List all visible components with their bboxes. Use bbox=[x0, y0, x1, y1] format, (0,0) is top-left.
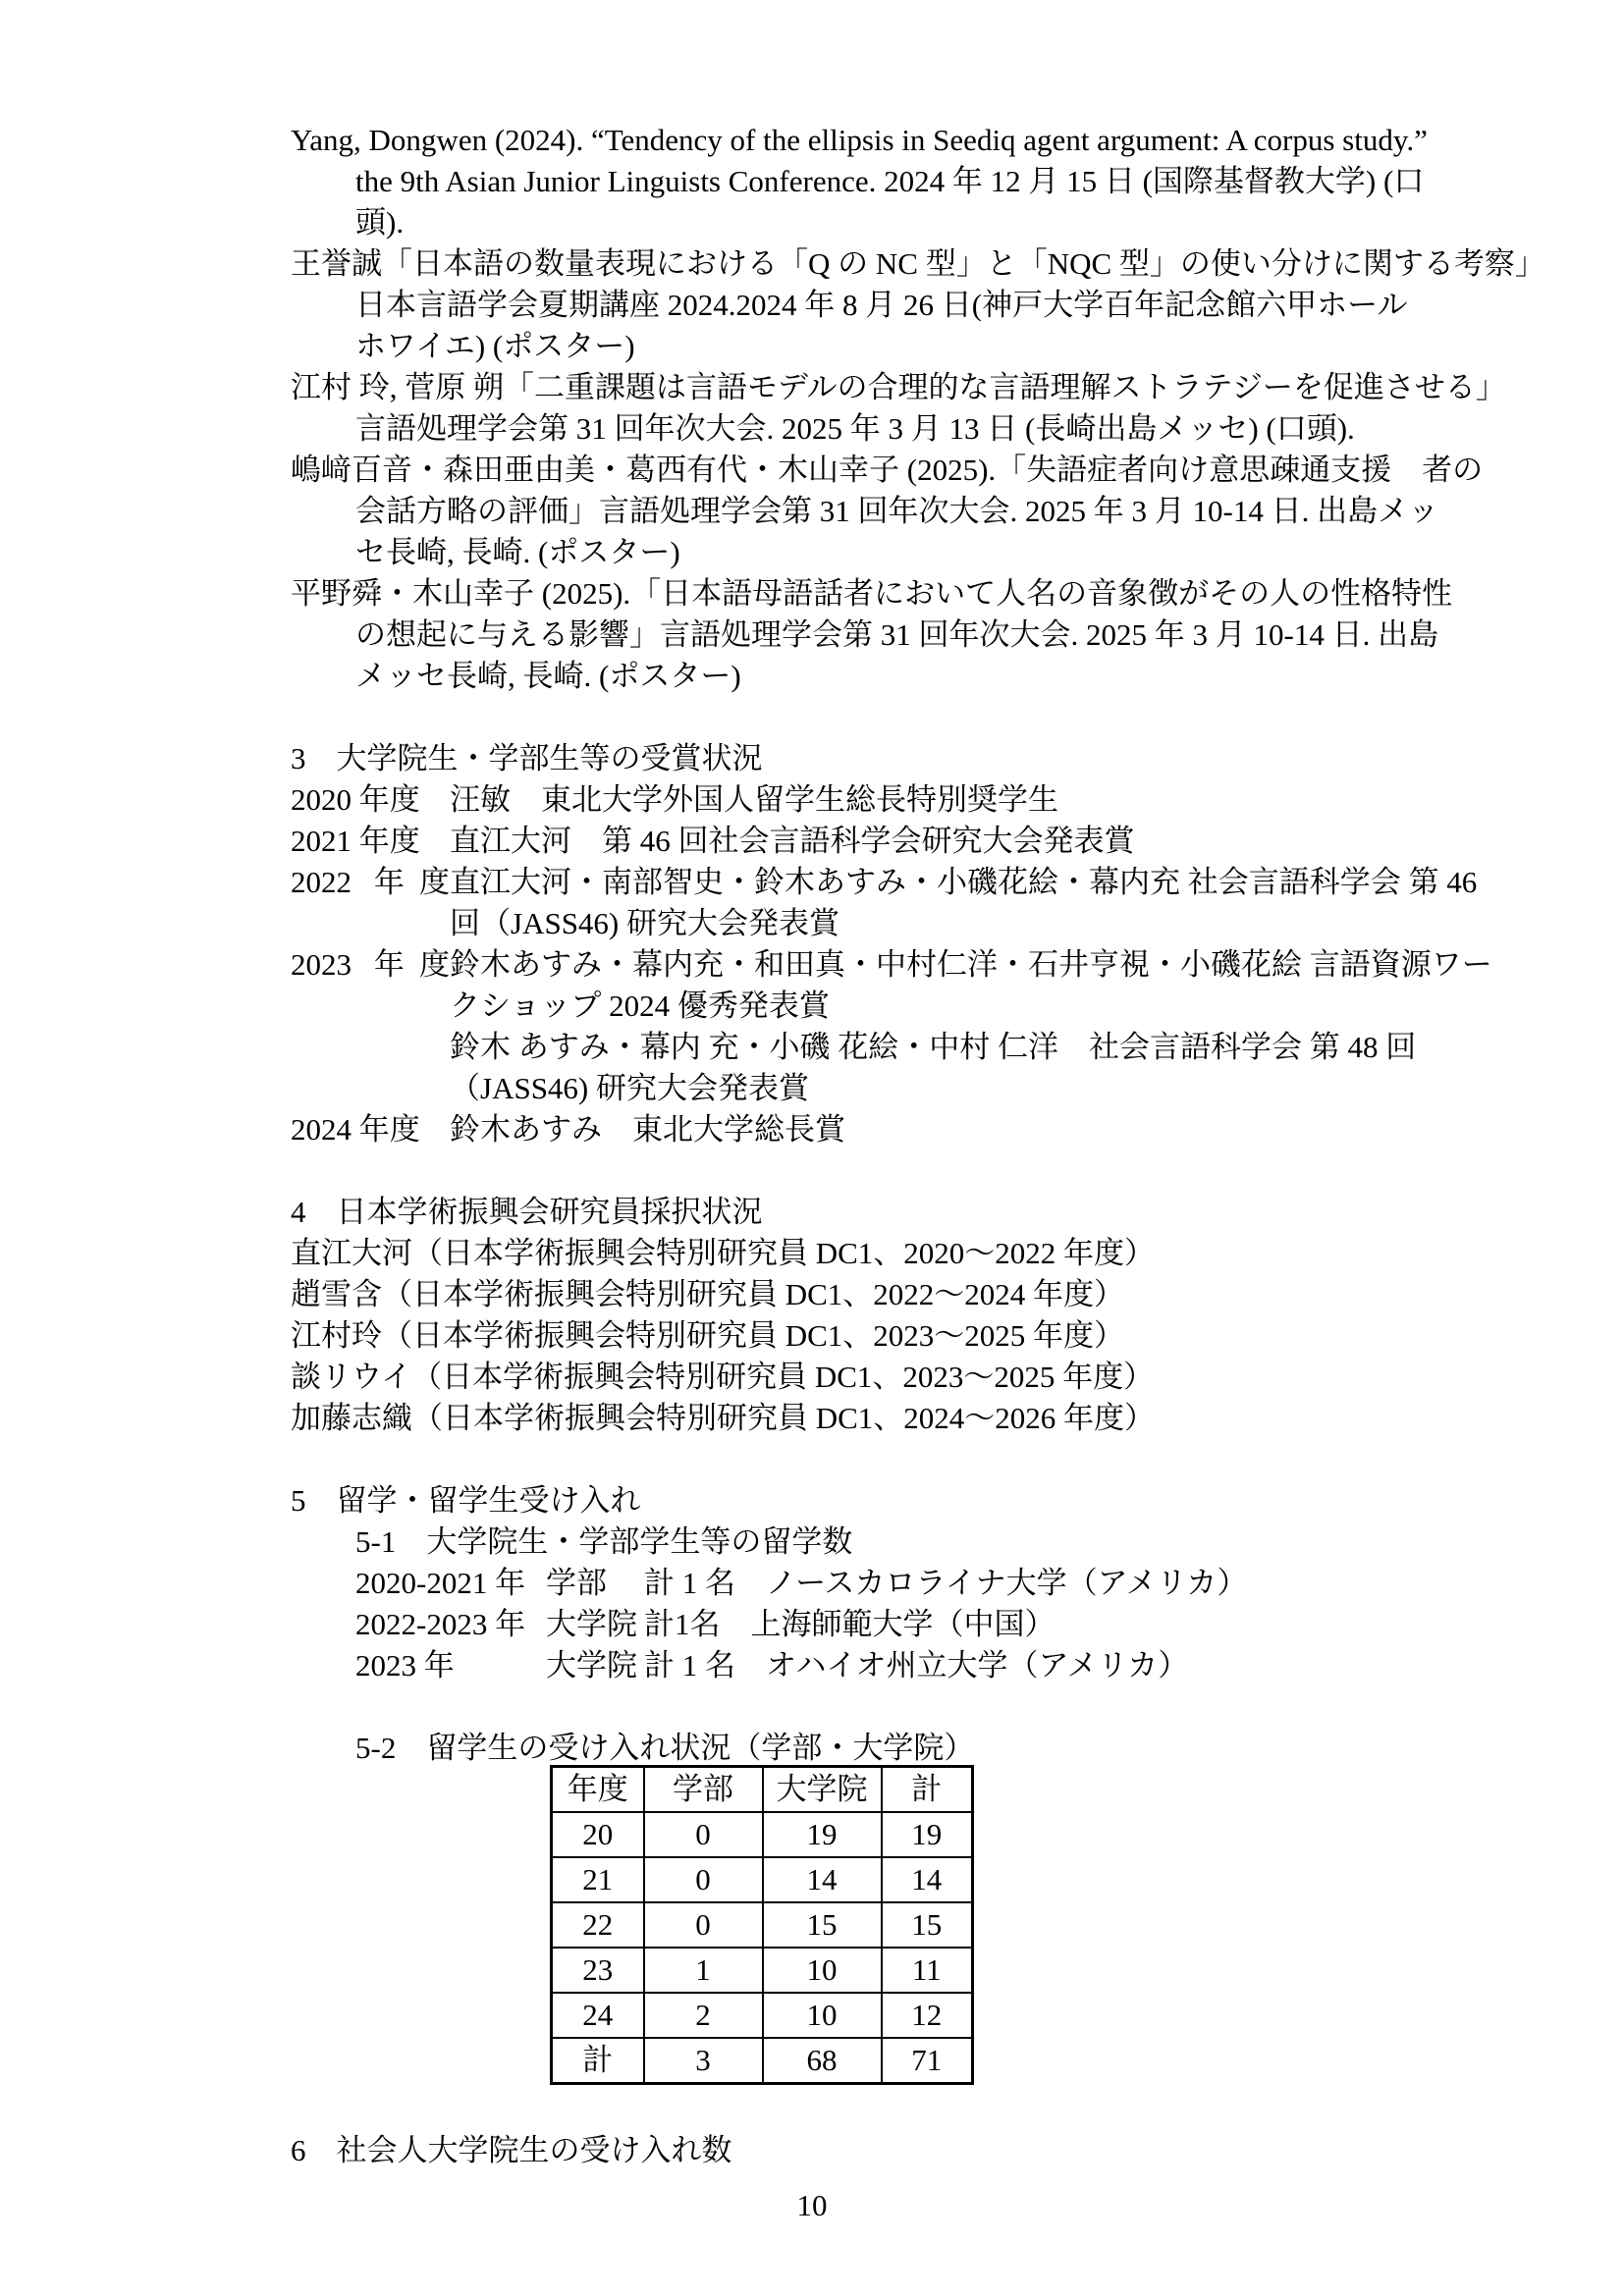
study-abroad-section-heading: 5 留学・留学生受け入れ bbox=[291, 1480, 1404, 1522]
award-year-label: 2024 年度 bbox=[291, 1109, 450, 1150]
award-text: クショップ 2024 優秀発表賞 bbox=[450, 988, 830, 1023]
table-cell: 22 bbox=[552, 1902, 644, 1948]
publications-list: Yang, Dongwen (2024). “Tendency of the e… bbox=[291, 120, 1404, 697]
jsps-section-heading: 4 日本学術振興会研究員採択状況 bbox=[291, 1192, 1404, 1233]
award-year-label: 2023 年度 bbox=[291, 944, 450, 986]
table-cell: 21 bbox=[552, 1857, 644, 1902]
table-cell: 14 bbox=[882, 1857, 973, 1902]
table-cell: 24 bbox=[552, 1993, 644, 2038]
spacer bbox=[291, 1439, 1404, 1480]
jsps-line: 談リウイ（日本学術振興会特別研究員 DC1、2023～2025 年度） bbox=[291, 1357, 1404, 1398]
awards-list: 2020 年度汪敏 東北大学外国人留学生総長特別奨学生2021 年度直江大河 第… bbox=[291, 779, 1404, 1150]
table-cell: 0 bbox=[644, 1857, 763, 1902]
text-line: の想起に与える影響」言語処理学会第 31 回年次大会. 2025 年 3 月 1… bbox=[291, 614, 1404, 656]
award-line: 2024 年度鈴木あすみ 東北大学総長賞 bbox=[291, 1109, 1404, 1150]
text-line: 王誉誠「日本語の数量表現における「Q の NC 型」と「NQC 型」の使い分けに… bbox=[291, 243, 1404, 285]
table-cell: 0 bbox=[644, 1812, 763, 1857]
table-cell: 19 bbox=[763, 1812, 882, 1857]
table-cell: 11 bbox=[882, 1948, 973, 1993]
text-line: 頭). bbox=[291, 202, 1404, 243]
table-cell: 15 bbox=[763, 1902, 882, 1948]
study-abroad-list: 2020-2021 年学部計 1 名 ノースカロライナ大学（アメリカ）2022-… bbox=[291, 1563, 1404, 1686]
study-detail: 計 1 名 ノースカロライナ大学（アメリカ） bbox=[644, 1566, 1247, 1600]
table-cell: 3 bbox=[644, 2038, 763, 2084]
table-header-cell: 大学院 bbox=[763, 1767, 882, 1813]
award-text: 汪敏 東北大学外国人留学生総長特別奨学生 bbox=[450, 782, 1058, 817]
text-line: メッセ長崎, 長崎. (ポスター) bbox=[291, 656, 1404, 697]
table-header-cell: 学部 bbox=[644, 1767, 763, 1813]
award-text: 鈴木 あすみ・幕内 充・小磯 花絵・中村 仁洋 社会言語科学会 第 48 回 bbox=[450, 1030, 1416, 1064]
award-year-label: 2022 年度 bbox=[291, 862, 450, 903]
jsps-line: 直江大河（日本学術振興会特別研究員 DC1、2020～2022 年度） bbox=[291, 1233, 1404, 1274]
table-row: 2421012 bbox=[552, 1993, 973, 2038]
table-row: 2101414 bbox=[552, 1857, 973, 1902]
table-header-cell: 計 bbox=[882, 1767, 973, 1813]
table-cell: 2 bbox=[644, 1993, 763, 2038]
table-cell: 1 bbox=[644, 1948, 763, 1993]
acceptance-table: 年度学部大学院計20019192101414220151523110112421… bbox=[550, 1765, 974, 2085]
table-cell: 14 bbox=[763, 1857, 882, 1902]
award-line: 2023 年度鈴木あすみ・幕内充・和田真・中村仁洋・石井亨視・小磯花絵 言語資源… bbox=[291, 944, 1404, 986]
jsps-line: 加藤志織（日本学術振興会特別研究員 DC1、2024～2026 年度） bbox=[291, 1398, 1404, 1439]
jsps-list: 直江大河（日本学術振興会特別研究員 DC1、2020～2022 年度）趙雪含（日… bbox=[291, 1233, 1404, 1439]
table-header-cell: 年度 bbox=[552, 1767, 644, 1813]
award-line: 2020 年度汪敏 東北大学外国人留学生総長特別奨学生 bbox=[291, 779, 1404, 821]
award-line: （JASS46) 研究大会発表賞 bbox=[291, 1068, 1404, 1109]
text-line: 会話方略の評価」言語処理学会第 31 回年次大会. 2025 年 3 月 10-… bbox=[291, 491, 1404, 532]
table-row: 2201515 bbox=[552, 1902, 973, 1948]
text-line: 日本言語学会夏期講座 2024.2024 年 8 月 26 日(神戸大学百年記念… bbox=[291, 285, 1404, 326]
text-line: the 9th Asian Junior Linguists Conferenc… bbox=[291, 161, 1404, 202]
award-line: クショップ 2024 優秀発表賞 bbox=[291, 986, 1404, 1027]
text-line: 嶋﨑百音・森田亜由美・葛西有代・木山幸子 (2025).「失語症者向け意思疎通支… bbox=[291, 450, 1404, 491]
table-cell: 19 bbox=[882, 1812, 973, 1857]
table-cell: 20 bbox=[552, 1812, 644, 1857]
award-line: 回（JASS46) 研究大会発表賞 bbox=[291, 903, 1404, 944]
text-line: セ長崎, 長崎. (ポスター) bbox=[291, 532, 1404, 573]
text-line: ホワイエ) (ポスター) bbox=[291, 326, 1404, 367]
table-row: 2311011 bbox=[552, 1948, 973, 1993]
table-cell: 68 bbox=[763, 2038, 882, 2084]
study-period: 2022-2023 年 bbox=[355, 1604, 546, 1645]
text-line: 平野舜・木山幸子 (2025).「日本語母語話者において人名の音象徴がその人の性… bbox=[291, 573, 1404, 614]
study-division: 学部 bbox=[546, 1563, 644, 1604]
study-period: 2023 年 bbox=[355, 1645, 546, 1686]
table-cell: 71 bbox=[882, 2038, 973, 2084]
award-year-label: 2021 年度 bbox=[291, 821, 450, 862]
study-row: 2022-2023 年大学院計1名 上海師範大学（中国） bbox=[291, 1604, 1404, 1645]
page-number: 10 bbox=[0, 2185, 1624, 2226]
page-content: Yang, Dongwen (2024). “Tendency of the e… bbox=[291, 120, 1404, 2171]
table-cell: 10 bbox=[763, 1948, 882, 1993]
award-text: 回（JASS46) 研究大会発表賞 bbox=[450, 906, 839, 940]
text-line: 江村 玲, 菅原 朔「二重課題は言語モデルの合理的な言語理解ストラテジーを促進さ… bbox=[291, 367, 1404, 408]
study-detail: 計 1 名 オハイオ州立大学（アメリカ） bbox=[644, 1648, 1188, 1682]
section6-heading: 6 社会人大学院生の受け入れ数 bbox=[291, 2130, 1404, 2171]
study-row: 2023 年大学院計 1 名 オハイオ州立大学（アメリカ） bbox=[291, 1645, 1404, 1686]
table-cell: 計 bbox=[552, 2038, 644, 2084]
awards-section-heading: 3 大学院生・学部生等の受賞状況 bbox=[291, 738, 1404, 779]
award-text: （JASS46) 研究大会発表賞 bbox=[450, 1071, 809, 1105]
study-row: 2020-2021 年学部計 1 名 ノースカロライナ大学（アメリカ） bbox=[291, 1563, 1404, 1604]
table-cell: 0 bbox=[644, 1902, 763, 1948]
table-header-row: 年度学部大学院計 bbox=[552, 1767, 973, 1813]
study-period: 2020-2021 年 bbox=[355, 1563, 546, 1604]
jsps-line: 江村玲（日本学術振興会特別研究員 DC1、2023～2025 年度） bbox=[291, 1315, 1404, 1357]
study-abroad-sub1-heading: 5-1 大学院生・学部学生等の留学数 bbox=[291, 1522, 1404, 1563]
spacer bbox=[291, 697, 1404, 738]
table-cell: 15 bbox=[882, 1902, 973, 1948]
study-detail: 計1名 上海師範大学（中国） bbox=[644, 1607, 1056, 1641]
study-division: 大学院 bbox=[546, 1645, 644, 1686]
award-line: 鈴木 あすみ・幕内 充・小磯 花絵・中村 仁洋 社会言語科学会 第 48 回 bbox=[291, 1027, 1404, 1068]
award-text: 直江大河・南部智史・鈴木あすみ・小磯花絵・幕内充 社会言語科学会 第 46 bbox=[450, 865, 1477, 899]
text-line: 言語処理学会第 31 回年次大会. 2025 年 3 月 13 日 (長崎出島メ… bbox=[291, 408, 1404, 450]
spacer bbox=[291, 1150, 1404, 1192]
table-row: 計36871 bbox=[552, 2038, 973, 2084]
table-cell: 23 bbox=[552, 1948, 644, 1993]
document-page: Yang, Dongwen (2024). “Tendency of the e… bbox=[0, 0, 1624, 2296]
award-text: 鈴木あすみ・幕内充・和田真・中村仁洋・石井亨視・小磯花絵 言語資源ワー bbox=[450, 947, 1492, 982]
award-year-label: 2020 年度 bbox=[291, 779, 450, 821]
award-text: 直江大河 第 46 回社会言語科学会研究大会発表賞 bbox=[450, 824, 1135, 858]
text-line: Yang, Dongwen (2024). “Tendency of the e… bbox=[291, 120, 1404, 161]
study-division: 大学院 bbox=[546, 1604, 644, 1645]
table-cell: 12 bbox=[882, 1993, 973, 2038]
study-abroad-sub2-heading: 5-2 留学生の受け入れ状況（学部・大学院） bbox=[291, 1728, 1404, 1769]
spacer bbox=[291, 1686, 1404, 1728]
table-row: 2001919 bbox=[552, 1812, 973, 1857]
award-text: 鈴木あすみ 東北大学総長賞 bbox=[450, 1112, 845, 1147]
award-line: 2021 年度直江大河 第 46 回社会言語科学会研究大会発表賞 bbox=[291, 821, 1404, 862]
award-line: 2022 年度直江大河・南部智史・鈴木あすみ・小磯花絵・幕内充 社会言語科学会 … bbox=[291, 862, 1404, 903]
table-cell: 10 bbox=[763, 1993, 882, 2038]
jsps-line: 趙雪含（日本学術振興会特別研究員 DC1、2022～2024 年度） bbox=[291, 1274, 1404, 1315]
